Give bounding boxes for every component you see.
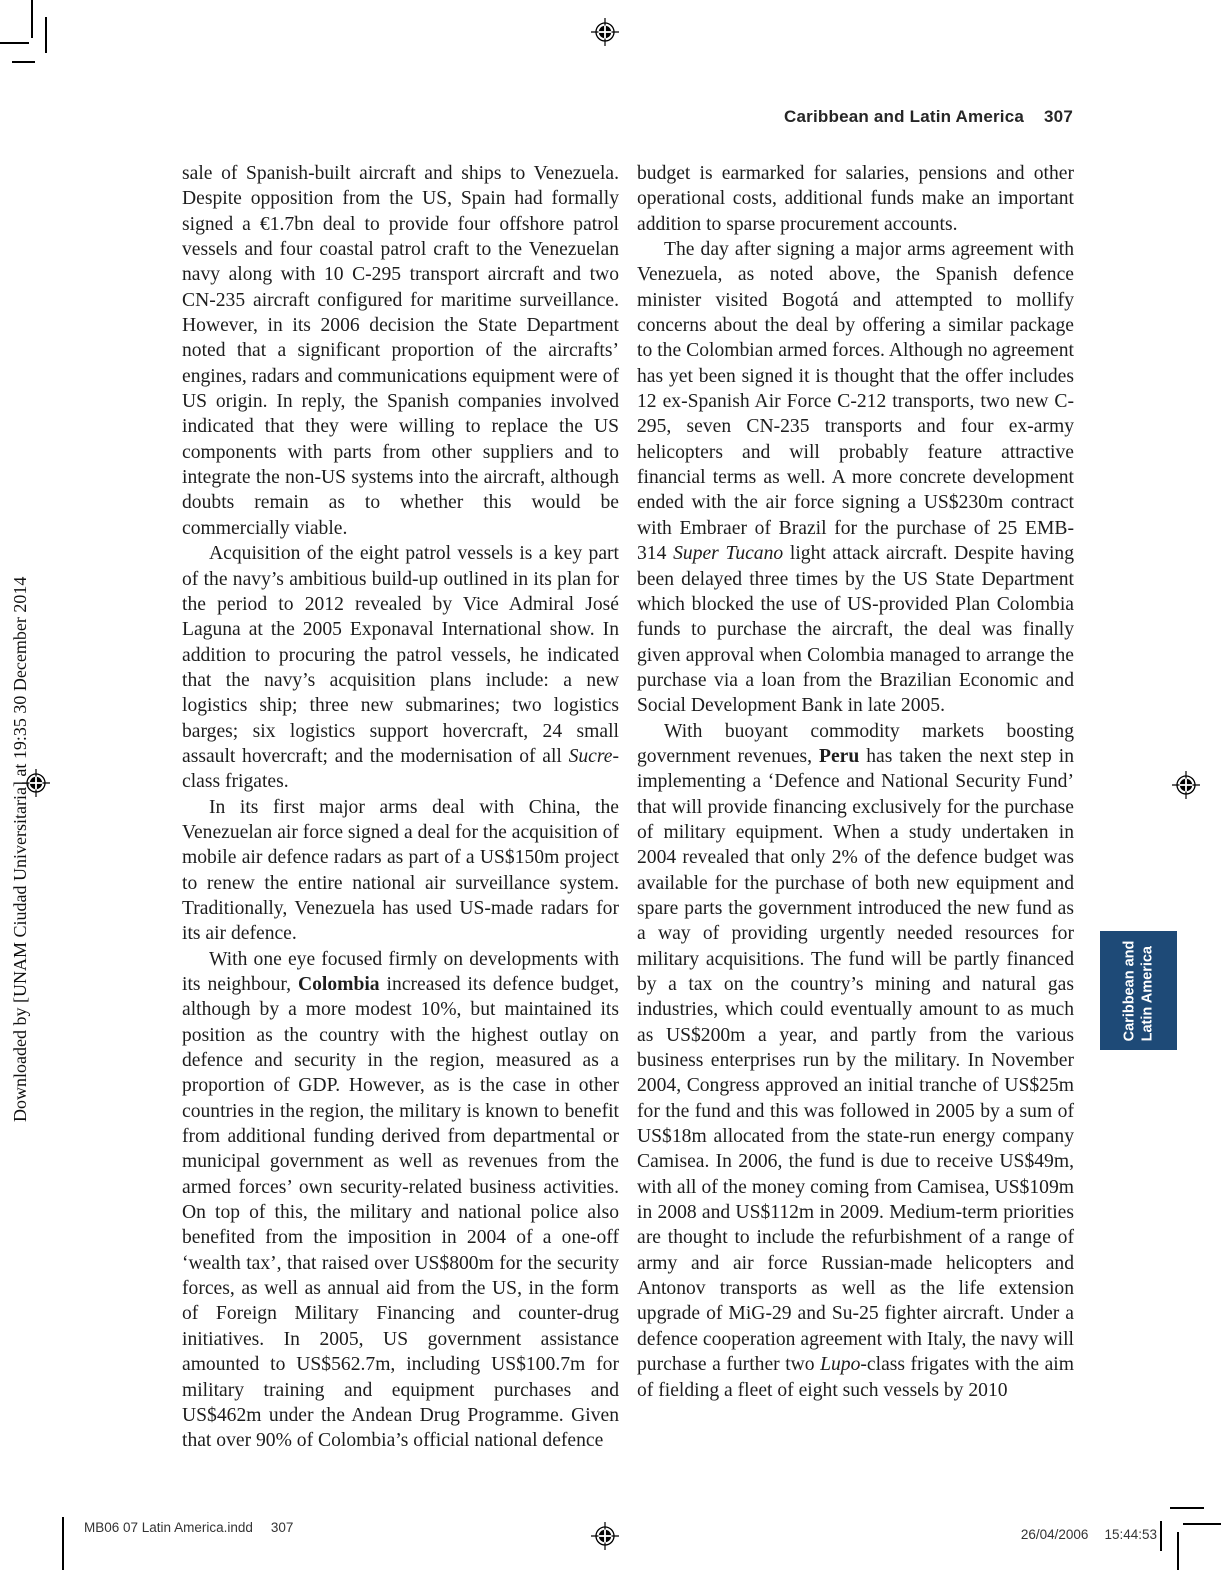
crop-mark-icon	[1160, 1521, 1162, 1551]
text-run: In its first major arms deal with China,…	[182, 797, 619, 945]
footer-page-number: 307	[271, 1520, 294, 1535]
footer-time: 15:44:53	[1104, 1527, 1157, 1542]
paragraph: With one eye focused firmly on developme…	[182, 947, 619, 1454]
left-column: sale of Spanish-built aircraft and ships…	[182, 161, 619, 1454]
footer-file-name: MB06 07 Latin America.indd	[84, 1520, 253, 1535]
paragraph: Acquisition of the eight patrol vessels …	[182, 541, 619, 794]
footer-timestamp: 26/04/200615:44:53	[1021, 1527, 1157, 1542]
book-page: Downloaded by [UNAM Ciudad Universitaria…	[0, 0, 1221, 1570]
text-run: budget is earmarked for salaries, pensio…	[637, 163, 1074, 235]
crop-mark-icon	[12, 61, 35, 63]
section-tab-line2: Latin America	[1139, 940, 1157, 1041]
text-run: has taken the next step in implementing …	[637, 746, 1074, 1375]
footer-date: 26/04/2006	[1021, 1527, 1089, 1542]
section-tab-line1: Caribbean and	[1121, 940, 1139, 1041]
text-run: light attack aircraft. Despite having be…	[637, 543, 1074, 716]
registration-mark-icon	[590, 17, 620, 47]
running-header: Caribbean and Latin America307	[784, 107, 1073, 127]
text-run: increased its defence budget, although b…	[182, 974, 619, 1451]
crop-mark-icon	[31, 0, 33, 38]
header-page-number: 307	[1044, 107, 1073, 126]
crop-mark-icon	[45, 17, 47, 53]
paragraph: With buoyant commodity markets boosting …	[637, 719, 1074, 1403]
download-watermark: Downloaded by [UNAM Ciudad Universitaria…	[10, 577, 31, 1122]
crop-mark-icon	[62, 1517, 64, 1570]
crop-mark-icon	[1183, 1523, 1221, 1525]
header-section-title: Caribbean and Latin America	[784, 107, 1024, 126]
paragraph: The day after signing a major arms agree…	[637, 237, 1074, 719]
registration-mark-icon	[1171, 770, 1201, 800]
paragraph: budget is earmarked for salaries, pensio…	[637, 161, 1074, 237]
italic-run: Sucre	[569, 746, 613, 767]
italic-run: Lupo	[820, 1354, 860, 1375]
text-run: sale of Spanish-built aircraft and ships…	[182, 163, 619, 539]
text-run: Acquisition of the eight patrol vessels …	[182, 543, 619, 767]
right-column: budget is earmarked for salaries, pensio…	[637, 161, 1074, 1403]
registration-mark-icon	[590, 1521, 620, 1551]
footer-file-info: MB06 07 Latin America.indd307	[84, 1520, 293, 1535]
italic-run: Super Tucano	[673, 543, 783, 564]
paragraph: In its first major arms deal with China,…	[182, 795, 619, 947]
section-tab-label: Caribbean and Latin America	[1121, 940, 1157, 1041]
section-tab: Caribbean and Latin America	[1100, 931, 1177, 1050]
text-run: The day after signing a major arms agree…	[637, 239, 1074, 564]
paragraph: sale of Spanish-built aircraft and ships…	[182, 161, 619, 541]
crop-mark-icon	[1170, 1507, 1204, 1509]
crop-mark-icon	[0, 42, 29, 44]
bold-run: Colombia	[298, 974, 380, 995]
crop-mark-icon	[1177, 1532, 1179, 1570]
bold-run: Peru	[819, 746, 859, 767]
